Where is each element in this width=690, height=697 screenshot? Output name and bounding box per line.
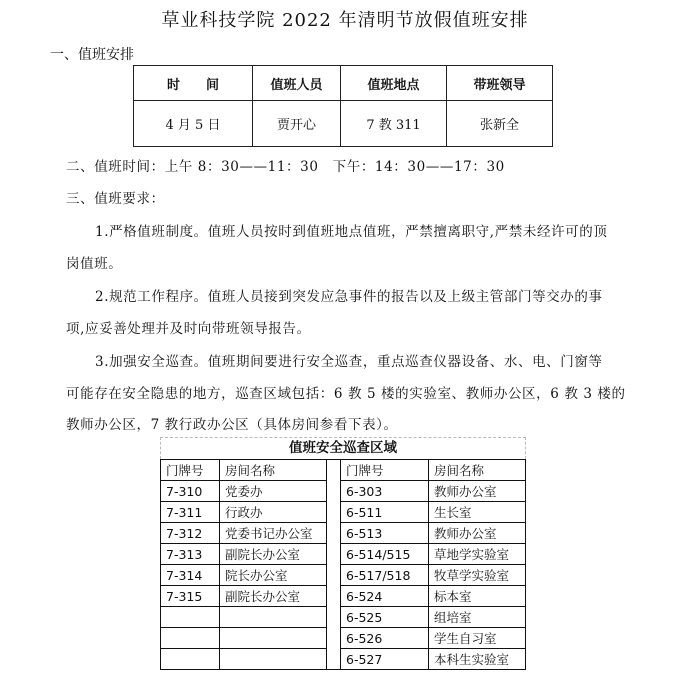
- table-gap: [327, 565, 341, 586]
- table-row: 7-310 党委办 6-303 教师办公室: [161, 481, 526, 502]
- room-name: 教师办公室: [429, 481, 526, 502]
- header-leader: 带班领导: [447, 66, 553, 101]
- table-gap: [327, 523, 341, 544]
- table-gap: [327, 460, 341, 481]
- table-row: 7-311 行政办 6-511 生长室: [161, 502, 526, 523]
- patrol-table-title: 值班安全巡查区域: [160, 437, 526, 459]
- header-room-name-right: 房间名称: [429, 460, 526, 481]
- patrol-area-table: 门牌号 房间名称 门牌号 房间名称 7-310 党委办 6-303 教师办公室 …: [160, 459, 526, 670]
- header-time: 时 间: [134, 66, 253, 101]
- room-number: 6-526: [341, 628, 429, 649]
- table-gap: [327, 607, 341, 628]
- room-number: 7-313: [161, 544, 220, 565]
- document-title: 草业科技学院 2022 年清明节放假值班安排: [0, 6, 690, 32]
- section-2-duty-time: 二、值班时间：上午 8：30——11：30 下午：14：30——17：30: [66, 155, 505, 175]
- room-number: 7-312: [161, 523, 220, 544]
- patrol-header-row: 门牌号 房间名称 门牌号 房间名称: [161, 460, 526, 481]
- room-name: [220, 649, 327, 670]
- header-room-name-left: 房间名称: [220, 460, 327, 481]
- table-gap: [327, 502, 341, 523]
- room-number: 6-525: [341, 607, 429, 628]
- room-number: 6-527: [341, 649, 429, 670]
- table-gap: [327, 649, 341, 670]
- header-room-no-right: 门牌号: [341, 460, 429, 481]
- duty-schedule-table: 时 间 值班人员 值班地点 带班领导 4 月 5 日 贾开心 7 教 311 张…: [133, 65, 553, 147]
- room-number: 6-303: [341, 481, 429, 502]
- room-number: [161, 607, 220, 628]
- duty-leader: 张新全: [447, 101, 553, 147]
- requirement-1-line-2: 岗值班。: [66, 252, 122, 272]
- section-3-heading: 三、值班要求：: [66, 187, 165, 207]
- room-number: [161, 649, 220, 670]
- room-name: 党委办: [220, 481, 327, 502]
- duty-date: 4 月 5 日: [134, 101, 253, 147]
- room-name: [220, 607, 327, 628]
- requirement-3-line-1: 3.加强安全巡查。值班期间要进行安全巡查，重点巡查仪器设备、水、电、门窗等: [95, 350, 603, 370]
- section-1-heading: 一、值班安排: [50, 44, 134, 64]
- room-name: 行政办: [220, 502, 327, 523]
- room-name: 组培室: [429, 607, 526, 628]
- room-name: 院长办公室: [220, 565, 327, 586]
- room-name: 副院长办公室: [220, 586, 327, 607]
- room-name: 草地学实验室: [429, 544, 526, 565]
- patrol-area-table-container: 值班安全巡查区域 门牌号 房间名称 门牌号 房间名称 7-310 党委办 6-3…: [160, 437, 526, 670]
- room-name: 生长室: [429, 502, 526, 523]
- room-name: 党委书记办公室: [220, 523, 327, 544]
- room-number: 7-311: [161, 502, 220, 523]
- duty-table-row: 4 月 5 日 贾开心 7 教 311 张新全: [134, 101, 553, 147]
- header-room-no-left: 门牌号: [161, 460, 220, 481]
- table-gap: [327, 544, 341, 565]
- room-name: 教师办公室: [429, 523, 526, 544]
- requirement-2-line-2: 项,应妥善处理并及时向带班领导报告。: [66, 317, 311, 337]
- room-number: 7-310: [161, 481, 220, 502]
- room-number: [161, 628, 220, 649]
- room-name: 本科生实验室: [429, 649, 526, 670]
- room-number: 6-517/518: [341, 565, 429, 586]
- duty-staff: 贾开心: [253, 101, 341, 147]
- table-row: 7-313 副院长办公室 6-514/515 草地学实验室: [161, 544, 526, 565]
- table-gap: [327, 481, 341, 502]
- room-number: 6-513: [341, 523, 429, 544]
- table-row: 6-525 组培室: [161, 607, 526, 628]
- requirement-3-line-2: 可能存在安全隐患的地方，巡查区域包括：6 教 5 楼的实验室、教师办公区，6 教…: [66, 382, 626, 402]
- room-name: 学生自习室: [429, 628, 526, 649]
- duty-location: 7 教 311: [341, 101, 447, 147]
- table-row: 7-314 院长办公室 6-517/518 牧草学实验室: [161, 565, 526, 586]
- requirement-3-line-3: 教师办公区，7 教行政办公区（具体房间参看下表）。: [66, 413, 398, 433]
- room-name: 副院长办公室: [220, 544, 327, 565]
- room-name: 标本室: [429, 586, 526, 607]
- room-number: 6-514/515: [341, 544, 429, 565]
- table-gap: [327, 628, 341, 649]
- requirement-2-line-1: 2.规范工作程序。值班人员接到突发应急事件的报告以及上级主管部门等交办的事: [95, 285, 603, 305]
- duty-table-header-row: 时 间 值班人员 值班地点 带班领导: [134, 66, 553, 101]
- room-name: 牧草学实验室: [429, 565, 526, 586]
- table-row: 7-312 党委书记办公室 6-513 教师办公室: [161, 523, 526, 544]
- room-number: 6-511: [341, 502, 429, 523]
- table-row: 7-315 副院长办公室 6-524 标本室: [161, 586, 526, 607]
- table-row: 6-527 本科生实验室: [161, 649, 526, 670]
- requirement-1-line-1: 1.严格值班制度。值班人员按时到值班地点值班，严禁擅离职守,严禁未经许可的顶: [95, 220, 607, 240]
- room-name: [220, 628, 327, 649]
- table-gap: [327, 586, 341, 607]
- header-duty-staff: 值班人员: [253, 66, 341, 101]
- table-row: 6-526 学生自习室: [161, 628, 526, 649]
- room-number: 6-524: [341, 586, 429, 607]
- header-duty-location: 值班地点: [341, 66, 447, 101]
- room-number: 7-314: [161, 565, 220, 586]
- room-number: 7-315: [161, 586, 220, 607]
